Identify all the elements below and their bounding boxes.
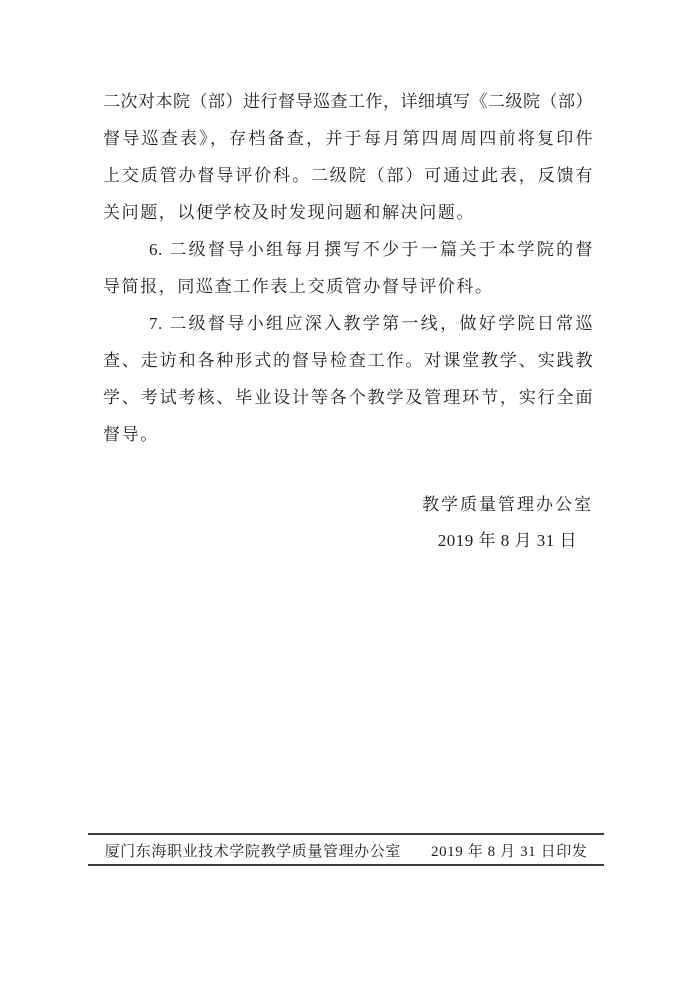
body-line: 导简报，同巡查工作表上交质管办督导评价科。 bbox=[103, 268, 593, 305]
signature-date: 2019 年 8 月 31 日 bbox=[103, 523, 593, 559]
body-line: 督导。 bbox=[103, 416, 593, 453]
body-line: 关问题，以便学校及时发现问题和解决问题。 bbox=[103, 194, 593, 231]
body-line: 二次对本院（部）进行督导巡查工作，详细填写《二级院（部） bbox=[103, 83, 593, 120]
document-body: 二次对本院（部）进行督导巡查工作，详细填写《二级院（部）督导巡查表》，存档备查，… bbox=[103, 83, 593, 453]
colophon: 厦门东海职业技术学院教学质量管理办公室 2019 年 8 月 31 日印发 bbox=[88, 833, 604, 866]
body-line: 上交质管办督导评价科。二级院（部）可通过此表，反馈有 bbox=[103, 157, 593, 194]
body-line: 学、考试考核、毕业设计等各个教学及管理环节，实行全面 bbox=[103, 379, 593, 416]
body-line: 查、走访和各种形式的督导检查工作。对课堂教学、实践教 bbox=[103, 342, 593, 379]
body-line: 6. 二级督导小组每月撰写不少于一篇关于本学院的督 bbox=[103, 231, 593, 268]
body-line: 7. 二级督导小组应深入教学第一线，做好学院日常巡 bbox=[103, 305, 593, 342]
colophon-issuer: 厦门东海职业技术学院教学质量管理办公室 bbox=[105, 840, 401, 861]
signature-block: 教学质量管理办公室 2019 年 8 月 31 日 bbox=[103, 487, 593, 559]
signature-office: 教学质量管理办公室 bbox=[103, 487, 593, 523]
body-line: 督导巡查表》，存档备查，并于每月第四周周四前将复印件 bbox=[103, 120, 593, 157]
colophon-print-date: 2019 年 8 月 31 日印发 bbox=[431, 840, 587, 861]
document-page: 二次对本院（部）进行督导巡查工作，详细填写《二级院（部）督导巡查表》，存档备查，… bbox=[0, 0, 700, 990]
